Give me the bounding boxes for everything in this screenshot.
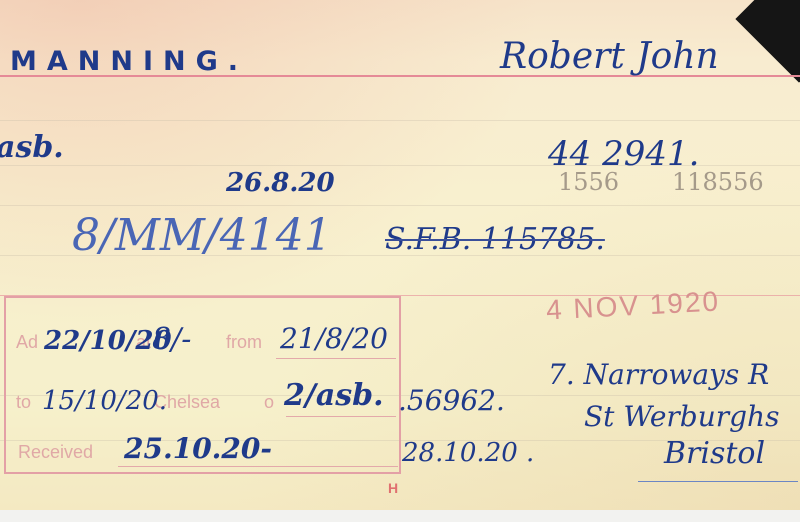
side-date: 28.10.20 .	[402, 438, 534, 468]
pencil-number: 118556	[672, 168, 764, 196]
of-value: 2/asb.	[284, 378, 384, 413]
received-label: Received	[18, 442, 93, 463]
surname: MANNING.	[10, 46, 248, 77]
side-number: .56962.	[398, 384, 505, 417]
address-line-2: St Werburghs	[584, 400, 779, 433]
pencil-number: 1556	[558, 168, 619, 196]
struck-reference: S.F.B. 115785.	[385, 222, 605, 257]
unit-abbreviation: asb.	[0, 130, 64, 165]
record-card: MANNING. Robert John asb. 44 2941. 1556 …	[0, 0, 800, 510]
of-label: o	[264, 392, 274, 413]
ruled-line	[0, 205, 800, 206]
to-label: to	[16, 392, 31, 413]
received-date: 25.10.20-	[124, 432, 272, 465]
scan-border	[0, 510, 800, 522]
ruled-line	[0, 120, 800, 121]
date-stamp: 4 NOV 1920	[545, 285, 721, 326]
card-corner-shadow	[735, 0, 800, 83]
address-line-3: Bristol	[664, 436, 765, 471]
address-line-1: 7. Narroways R	[548, 358, 769, 391]
from-label: from	[226, 332, 262, 353]
fill-line	[118, 466, 398, 467]
fill-line	[276, 358, 396, 359]
to-date: 15/10/20.	[42, 386, 167, 416]
reference-number: 8/MM/4141	[72, 210, 332, 261]
forenames: Robert John	[500, 36, 719, 77]
address-underline	[638, 481, 798, 482]
rate: 8/-	[152, 322, 191, 357]
red-mark: H	[388, 480, 398, 496]
date-top: 26.8.20	[226, 168, 335, 198]
from-date: 21/8/20	[280, 322, 388, 355]
payment-box: Ad at from to Chelsea o Received 22/10/2…	[4, 296, 401, 474]
fill-line	[286, 416, 396, 417]
advance-label: Ad	[16, 332, 38, 353]
